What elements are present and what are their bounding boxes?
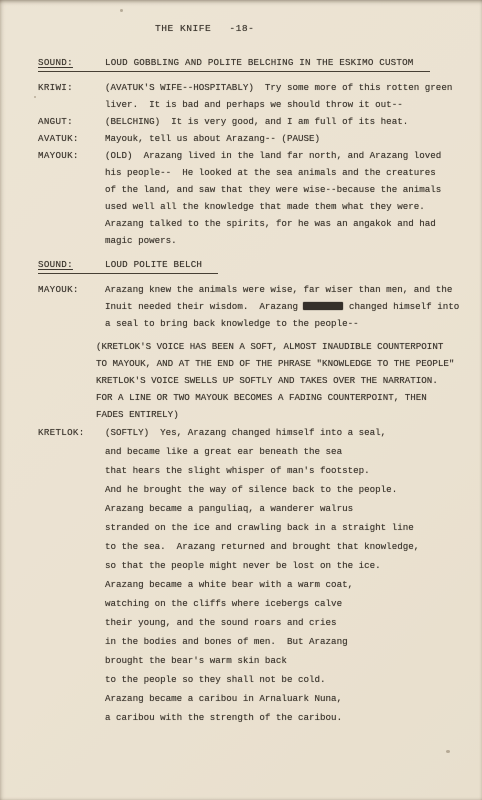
dialogue-lines: Mayouk, tell us about Arazang-- (PAUSE) — [105, 130, 458, 147]
dialogue-line: magic powers. — [105, 232, 458, 249]
dialogue-line: brought the bear's warm skin back — [105, 651, 458, 670]
stage-direction-line: (KRETLOK'S VOICE HAS BEEN A SOFT, ALMOST… — [96, 338, 458, 355]
sound-cue-text: LOUD POLITE BELCH — [105, 256, 202, 273]
dialogue-block: KRIWI:(AVATUK'S WIFE--HOSPITABLY) Try so… — [38, 79, 458, 113]
stage-direction-group: (KRETLOK'S VOICE HAS BEEN A SOFT, ALMOST… — [96, 338, 458, 423]
paper-speck — [34, 96, 36, 98]
dialogue-block: ANGUT:(BELCHING) It is very good, and I … — [38, 113, 458, 130]
dialogue-line: And he brought the way of silence back t… — [105, 480, 458, 499]
dialogue-block: MAYOUK:(OLD) Arazang lived in the land f… — [38, 147, 458, 249]
dialogue-line: that hears the slight whisper of man's f… — [105, 461, 458, 480]
dialogue-line: in the bodies and bones of men. But Araz… — [105, 632, 458, 651]
dialogue-line: watching on the cliffs where icebergs ca… — [105, 594, 458, 613]
page-number: -18- — [229, 23, 254, 34]
dialogue-line: their young, and the sound roars and cri… — [105, 613, 458, 632]
speaker-label: KRIWI: — [38, 79, 105, 96]
dialogue-lines: (AVATUK'S WIFE--HOSPITABLY) Try some mor… — [105, 79, 458, 113]
dialogue-line-text: changed himself into — [343, 301, 459, 312]
stage-direction-line: KRETLOK'S VOICE SWELLS UP SOFTLY AND TAK… — [96, 372, 458, 389]
speaker-label: ANGUT: — [38, 113, 105, 130]
dialogue-line: to the people so they shall not be cold. — [105, 670, 458, 689]
sound-cue-row: SOUND:LOUD GOBBLING AND POLITE BELCHING … — [38, 54, 430, 72]
dialogue-line: Arazang became a panguliaq, a wanderer w… — [105, 499, 458, 518]
speaker-label: SOUND: — [38, 256, 105, 273]
dialogue-line: so that the people might never be lost o… — [105, 556, 458, 575]
script-body: SOUND:LOUD GOBBLING AND POLITE BELCHING … — [38, 47, 458, 727]
sound-cue-block: SOUND:LOUD POLITE BELCH — [38, 249, 458, 281]
sound-cue-row: SOUND:LOUD POLITE BELCH — [38, 256, 218, 274]
dialogue-line: (SOFTLY) Yes, Arazang changed himself in… — [105, 423, 458, 442]
dialogue-line: (BELCHING) It is very good, and I am ful… — [105, 113, 458, 130]
dialogue-line: Arazang talked to the spirits, for he wa… — [105, 215, 458, 232]
dialogue-lines: (OLD) Arazang lived in the land far nort… — [105, 147, 458, 249]
dialogue-line: used well all the knowledge that made th… — [105, 198, 458, 215]
page-header: THE KNIFE-18- — [38, 20, 458, 37]
dialogue-line: (OLD) Arazang lived in the land far nort… — [105, 147, 458, 164]
stage-direction-line: TO MAYOUK, AND AT THE END OF THE PHRASE … — [96, 355, 458, 372]
speaker-label: KRETLOK: — [38, 423, 105, 442]
dialogue-line: stranded on the ice and crawling back in… — [105, 518, 458, 537]
dialogue-line: Mayouk, tell us about Arazang-- (PAUSE) — [105, 130, 458, 147]
script-page: THE KNIFE-18- SOUND:LOUD GOBBLING AND PO… — [0, 0, 482, 800]
dialogue-line: his people-- He looked at the sea animal… — [105, 164, 458, 181]
dialogue-line: Arazang became a white bear with a warm … — [105, 575, 458, 594]
dialogue-line: (AVATUK'S WIFE--HOSPITABLY) Try some mor… — [105, 79, 458, 96]
paper-speck — [120, 9, 123, 12]
paper-speck — [446, 750, 450, 753]
redacted-word — [303, 302, 343, 310]
dialogue-line-text: Inuit needed their wisdom. Arazang — [105, 301, 303, 312]
dialogue-block: MAYOUK:Arazang knew the animals were wis… — [38, 281, 458, 423]
speaker-label: SOUND: — [38, 54, 105, 71]
stage-direction-line: FADES ENTIRELY) — [96, 406, 458, 423]
script-title: THE KNIFE — [155, 23, 211, 34]
dialogue-lines: (SOFTLY) Yes, Arazang changed himself in… — [105, 423, 458, 727]
stage-direction-line: FOR A LINE OR TWO MAYOUK BECOMES A FADIN… — [96, 389, 458, 406]
speaker-label: MAYOUK: — [38, 147, 105, 164]
dialogue-lines: (BELCHING) It is very good, and I am ful… — [105, 113, 458, 130]
dialogue-line: Inuit needed their wisdom. Arazang chang… — [105, 298, 458, 315]
sound-cue-block: SOUND:LOUD GOBBLING AND POLITE BELCHING … — [38, 47, 458, 79]
sound-cue-text: LOUD GOBBLING AND POLITE BELCHING IN THE… — [105, 54, 414, 71]
speaker-label: MAYOUK: — [38, 281, 105, 298]
dialogue-line: and became like a great ear beneath the … — [105, 442, 458, 461]
dialogue-line: Arazang knew the animals were wise, far … — [105, 281, 458, 298]
dialogue-line: liver. It is bad and perhaps we should t… — [105, 96, 458, 113]
dialogue-block: KRETLOK:(SOFTLY) Yes, Arazang changed hi… — [38, 423, 458, 727]
dialogue-line: to the sea. Arazang returned and brought… — [105, 537, 458, 556]
dialogue-line: Arazang became a caribou in Arnaluark Nu… — [105, 689, 458, 708]
speaker-label: AVATUK: — [38, 130, 105, 147]
dialogue-lines: Arazang knew the animals were wise, far … — [105, 281, 458, 423]
dialogue-block: AVATUK:Mayouk, tell us about Arazang-- (… — [38, 130, 458, 147]
dialogue-line: a caribou with the strength of the carib… — [105, 708, 458, 727]
dialogue-line: a seal to bring back knowledge to the pe… — [105, 315, 458, 332]
dialogue-line: of the land, and saw that they were wise… — [105, 181, 458, 198]
